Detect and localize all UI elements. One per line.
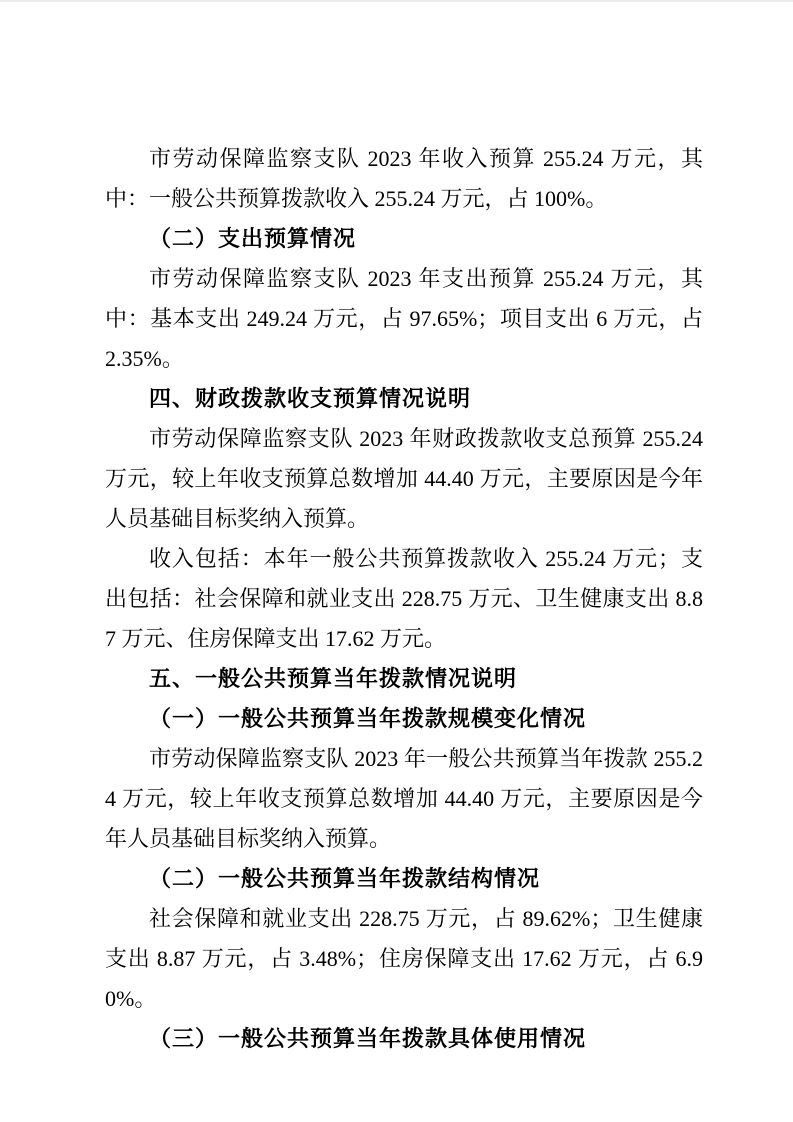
heading-fiscal-appropriation-section: 四、财政拨款收支预算情况说明: [105, 379, 703, 419]
paragraph-fiscal-total-budget: 市劳动保障监察支队 2023 年财政拨款收支总预算 255.24 万元，较上年收…: [105, 419, 703, 539]
heading-appropriation-structure: （二）一般公共预算当年拨款结构情况: [105, 859, 703, 899]
heading-general-public-budget-section: 五、一般公共预算当年拨款情况说明: [105, 659, 703, 699]
document-page: 市劳动保障监察支队 2023 年收入预算 255.24 万元，其中：一般公共预算…: [0, 0, 793, 1122]
paragraph-expenditure-budget: 市劳动保障监察支队 2023 年支出预算 255.24 万元，其中：基本支出 2…: [105, 259, 703, 379]
paragraph-appropriation-scale-change: 市劳动保障监察支队 2023 年一般公共预算当年拨款 255.24 万元，较上年…: [105, 739, 703, 859]
heading-expenditure-budget: （二）支出预算情况: [105, 219, 703, 259]
heading-appropriation-scale-change: （一）一般公共预算当年拨款规模变化情况: [105, 699, 703, 739]
heading-appropriation-specific-use: （三）一般公共预算当年拨款具体使用情况: [105, 1019, 703, 1059]
page-top-edge: [0, 0, 793, 2]
paragraph-appropriation-structure: 社会保障和就业支出 228.75 万元，占 89.62%；卫生健康支出 8.87…: [105, 899, 703, 1019]
paragraph-income-budget: 市劳动保障监察支队 2023 年收入预算 255.24 万元，其中：一般公共预算…: [105, 139, 703, 219]
document-body: 市劳动保障监察支队 2023 年收入预算 255.24 万元，其中：一般公共预算…: [105, 139, 703, 1059]
paragraph-income-expenditure-detail: 收入包括：本年一般公共预算拨款收入 255.24 万元；支出包括：社会保障和就业…: [105, 539, 703, 659]
